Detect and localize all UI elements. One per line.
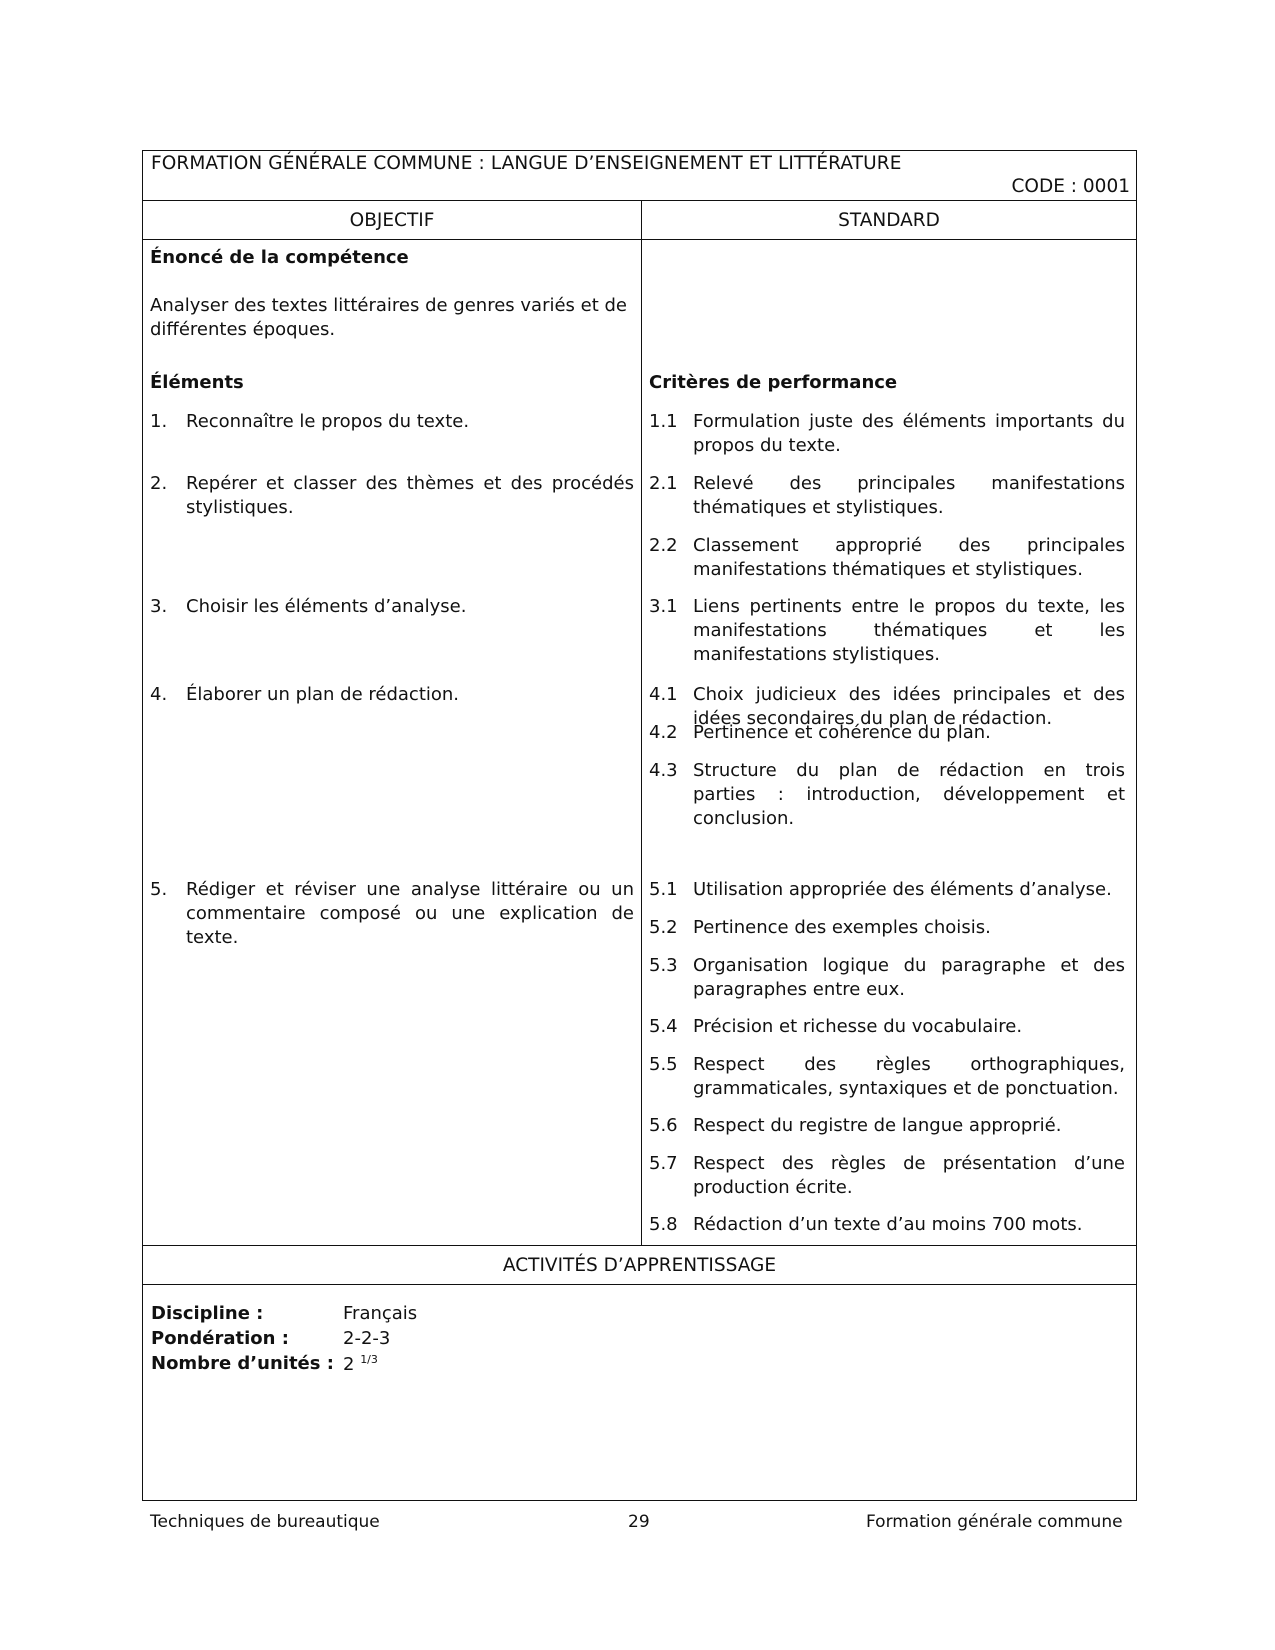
ponderation-label: Pondération : bbox=[151, 1328, 289, 1349]
criterion-number: 5.4 bbox=[649, 1015, 678, 1039]
element-text-line: Élaborer un plan de rédaction. bbox=[186, 683, 634, 707]
competence-text-line1: Analyser des textes littéraires de genre… bbox=[150, 294, 627, 318]
activities-heading: ACTIVITÉS D’APPRENTISSAGE bbox=[143, 1246, 1136, 1285]
element-text-line: texte. bbox=[186, 926, 634, 950]
criterion-number: 5.7 bbox=[649, 1152, 678, 1176]
criterion-number: 5.8 bbox=[649, 1213, 678, 1237]
criterion-number: 1.1 bbox=[649, 410, 678, 434]
criterion-text-line: thématiques et stylistiques. bbox=[693, 496, 1125, 520]
criterion-text-line: Utilisation appropriée des éléments d’an… bbox=[693, 878, 1125, 902]
elements-heading: Éléments bbox=[150, 371, 244, 395]
element-number: 4. bbox=[150, 683, 167, 707]
criterion-text-line: Classement approprié des principales bbox=[693, 534, 1125, 558]
criterion-number: 5.1 bbox=[649, 878, 678, 902]
units-fraction: 1/3 bbox=[360, 1353, 378, 1366]
standard-column: Critères de performance 1.1Formulation j… bbox=[642, 240, 1136, 1245]
criterion-text-line: Choix judicieux des idées principales et… bbox=[693, 683, 1125, 707]
criterion-text-line: conclusion. bbox=[693, 807, 1125, 831]
competency-table: FORMATION GÉNÉRALE COMMUNE : LANGUE D’EN… bbox=[142, 150, 1137, 1501]
criterion-number: 4.1 bbox=[649, 683, 678, 707]
document-page: FORMATION GÉNÉRALE COMMUNE : LANGUE D’EN… bbox=[0, 0, 1275, 1650]
criterion-number: 5.3 bbox=[649, 954, 678, 978]
criterion-text-line: paragraphes entre eux. bbox=[693, 978, 1125, 1002]
criterion-number: 5.2 bbox=[649, 916, 678, 940]
element-number: 1. bbox=[150, 410, 167, 434]
table-title-row: FORMATION GÉNÉRALE COMMUNE : LANGUE D’EN… bbox=[143, 151, 1136, 201]
element-text-line: Choisir les éléments d’analyse. bbox=[186, 595, 634, 619]
units-whole: 2 bbox=[343, 1354, 354, 1375]
activities-info: Discipline : Français Pondération : 2-2-… bbox=[143, 1285, 1136, 1500]
discipline-label: Discipline : bbox=[151, 1303, 263, 1324]
column-header-standard: STANDARD bbox=[642, 201, 1136, 239]
element-text-line: Repérer et classer des thèmes et des pro… bbox=[186, 472, 634, 496]
footer-program: Techniques de bureautique bbox=[150, 1512, 380, 1532]
criterion-text-line: parties : introduction, développement et bbox=[693, 783, 1125, 807]
element-number: 3. bbox=[150, 595, 167, 619]
element-number: 5. bbox=[150, 878, 167, 902]
criterion-text-line: manifestations stylistiques. bbox=[693, 643, 1125, 667]
units-value: 2 1/3 bbox=[343, 1353, 378, 1375]
criterion-text-line: propos du texte. bbox=[693, 434, 1125, 458]
discipline-value: Français bbox=[343, 1303, 417, 1324]
competence-text-line2: différentes époques. bbox=[150, 318, 335, 342]
criterion-number: 5.6 bbox=[649, 1114, 678, 1138]
criterion-text-line: Liens pertinents entre le propos du text… bbox=[693, 595, 1125, 619]
criterion-text-line: Structure du plan de rédaction en trois bbox=[693, 759, 1125, 783]
criterion-number: 2.2 bbox=[649, 534, 678, 558]
element-text-line: Rédiger et réviser une analyse littérair… bbox=[186, 878, 634, 902]
footer-page-number: 29 bbox=[628, 1512, 650, 1532]
table-title: FORMATION GÉNÉRALE COMMUNE : LANGUE D’EN… bbox=[151, 153, 901, 174]
ponderation-value: 2-2-3 bbox=[343, 1328, 390, 1349]
criterion-text-line: Respect des règles orthographiques, bbox=[693, 1053, 1125, 1077]
criterion-text-line: Respect des règles de présentation d’une bbox=[693, 1152, 1125, 1176]
criterion-text-line: Relevé des principales manifestations bbox=[693, 472, 1125, 496]
criterion-text-line: grammaticales, syntaxiques et de ponctua… bbox=[693, 1077, 1125, 1101]
criterion-text-line: Respect du registre de langue approprié. bbox=[693, 1114, 1125, 1138]
criterion-text-line: Précision et richesse du vocabulaire. bbox=[693, 1015, 1125, 1039]
competence-heading: Énoncé de la compétence bbox=[150, 246, 409, 270]
competency-code: CODE : 0001 bbox=[1012, 176, 1131, 197]
criterion-number: 4.3 bbox=[649, 759, 678, 783]
table-body: Énoncé de la compétence Analyser des tex… bbox=[143, 240, 1136, 1246]
criterion-text-line: manifestations thématiques et stylistiqu… bbox=[693, 558, 1125, 582]
element-text-line: Reconnaître le propos du texte. bbox=[186, 410, 634, 434]
element-text-line: stylistiques. bbox=[186, 496, 634, 520]
objectif-column: Énoncé de la compétence Analyser des tex… bbox=[143, 240, 642, 1245]
criterion-number: 2.1 bbox=[649, 472, 678, 496]
criterion-text-line: Pertinence et cohérence du plan. bbox=[693, 721, 1125, 745]
criterion-text-line: Formulation juste des éléments important… bbox=[693, 410, 1125, 434]
element-text-line: commentaire composé ou une explication d… bbox=[186, 902, 634, 926]
criteria-heading: Critères de performance bbox=[649, 371, 897, 395]
criterion-number: 3.1 bbox=[649, 595, 678, 619]
units-label: Nombre d’unités : bbox=[151, 1353, 334, 1374]
criterion-text-line: Rédaction d’un texte d’au moins 700 mots… bbox=[693, 1213, 1125, 1237]
footer-section: Formation générale commune bbox=[866, 1512, 1123, 1532]
column-header-objectif: OBJECTIF bbox=[143, 201, 642, 239]
criterion-text-line: manifestations thématiques et les bbox=[693, 619, 1125, 643]
criterion-number: 5.5 bbox=[649, 1053, 678, 1077]
column-headers: OBJECTIF STANDARD bbox=[143, 201, 1136, 240]
criterion-text-line: production écrite. bbox=[693, 1176, 1125, 1200]
element-number: 2. bbox=[150, 472, 167, 496]
criterion-text-line: Organisation logique du paragraphe et de… bbox=[693, 954, 1125, 978]
criterion-number: 4.2 bbox=[649, 721, 678, 745]
criterion-text-line: Pertinence des exemples choisis. bbox=[693, 916, 1125, 940]
